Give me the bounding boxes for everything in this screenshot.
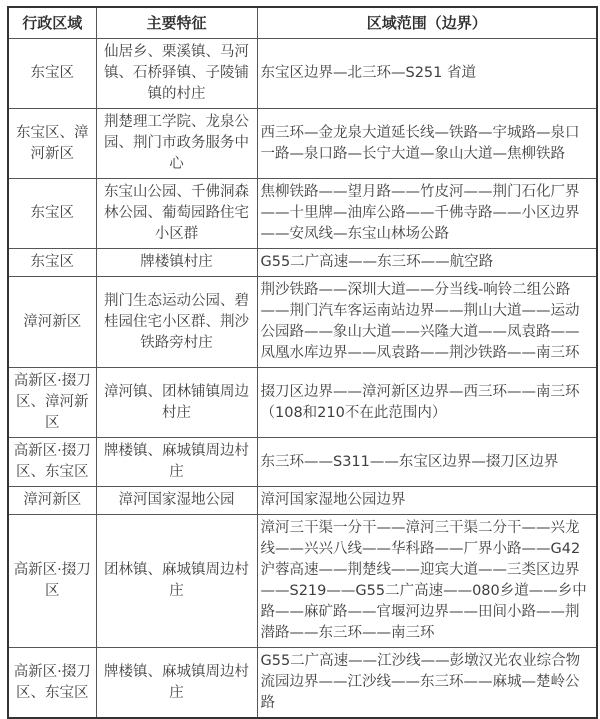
- table-row: 漳河新区 荆门生态运动公园、碧桂园住宅小区群、荆沙铁路旁村庄 荆沙铁路——深圳大…: [8, 277, 597, 368]
- cell-boundary: 荆沙铁路——深圳大道——分当线-响铃二组公路——荆门汽车客运南站边界——荆山大道…: [257, 277, 597, 368]
- header-row: 行政区域 主要特征 区域范围（边界）: [8, 7, 597, 39]
- cell-features: 漳河国家湿地公园: [96, 487, 257, 515]
- table-row: 高新区·掇刀区、东宝区 牌楼镇、麻城镇周边村庄 东三环——S311——东宝区边界…: [8, 438, 597, 487]
- cell-boundary: G55二广高速——东三环——航空路: [257, 249, 597, 277]
- cell-features: 仙居乡、栗溪镇、马河镇、石桥驿镇、子陵铺镇的村庄: [96, 39, 257, 109]
- cell-features: 牌楼镇、麻城镇周边村庄: [96, 648, 257, 719]
- cell-boundary: 东宝区边界—北三环—S251 省道: [257, 39, 597, 109]
- cell-region: 高新区·掇刀区、漳河新区: [8, 368, 96, 438]
- cell-region: 东宝区: [8, 249, 96, 277]
- cell-boundary: 西三环—金龙泉大道延长线—铁路—宇城路—泉口一路—泉口路—长宁大道—象山大道—焦…: [257, 109, 597, 179]
- cell-boundary: 漳河国家湿地公园边界: [257, 487, 597, 515]
- cell-region: 东宝区、漳河新区: [8, 109, 96, 179]
- table-row: 东宝区 牌楼镇村庄 G55二广高速——东三环——航空路: [8, 249, 597, 277]
- cell-boundary: 漳河三干渠一分干——漳河三干渠二分干——兴龙线——兴兴八线——华科路——厂界小路…: [257, 515, 597, 648]
- cell-features: 荆楚理工学院、龙泉公园、荆门市政务服务中心: [96, 109, 257, 179]
- cell-region: 漳河新区: [8, 277, 96, 368]
- cell-boundary: 东三环——S311——东宝区边界—掇刀区边界: [257, 438, 597, 487]
- cell-features: 东宝山公园、千佛洞森林公园、葡萄园路住宅小区群: [96, 179, 257, 249]
- cell-features: 牌楼镇、麻城镇周边村庄: [96, 438, 257, 487]
- cell-region: 高新区·掇刀区: [8, 515, 96, 648]
- table-row: 高新区·掇刀区、漳河新区 漳河镇、团林铺镇周边村庄 掇刀区边界——漳河新区边界—…: [8, 368, 597, 438]
- table-row: 漳河新区 漳河国家湿地公园 漳河国家湿地公园边界: [8, 487, 597, 515]
- table-row: 东宝区 仙居乡、栗溪镇、马河镇、石桥驿镇、子陵铺镇的村庄 东宝区边界—北三环—S…: [8, 39, 597, 109]
- cell-boundary: G55二广高速——江沙线——彭墩汉光农业综合物流园边界——江沙线——东三环——麻…: [257, 648, 597, 719]
- cell-features: 牌楼镇村庄: [96, 249, 257, 277]
- table-row: 东宝区、漳河新区 荆楚理工学院、龙泉公园、荆门市政务服务中心 西三环—金龙泉大道…: [8, 109, 597, 179]
- cell-features: 团林镇、麻城镇周边村庄: [96, 515, 257, 648]
- column-header-features: 主要特征: [96, 7, 257, 39]
- cell-region: 高新区·掇刀区、东宝区: [8, 648, 96, 719]
- district-boundary-table: 行政区域 主要特征 区域范围（边界） 东宝区 仙居乡、栗溪镇、马河镇、石桥驿镇、…: [7, 6, 598, 719]
- cell-features: 荆门生态运动公园、碧桂园住宅小区群、荆沙铁路旁村庄: [96, 277, 257, 368]
- cell-region: 东宝区: [8, 179, 96, 249]
- column-header-boundary: 区域范围（边界）: [257, 7, 597, 39]
- table-row: 高新区·掇刀区、东宝区 牌楼镇、麻城镇周边村庄 G55二广高速——江沙线——彭墩…: [8, 648, 597, 719]
- cell-boundary: 焦柳铁路——望月路——竹皮河——荆门石化厂界——十里牌—油库公路——千佛寺路——…: [257, 179, 597, 249]
- column-header-region: 行政区域: [8, 7, 96, 39]
- cell-region: 漳河新区: [8, 487, 96, 515]
- cell-features: 漳河镇、团林铺镇周边村庄: [96, 368, 257, 438]
- cell-region: 高新区·掇刀区、东宝区: [8, 438, 96, 487]
- table-row: 东宝区 东宝山公园、千佛洞森林公园、葡萄园路住宅小区群 焦柳铁路——望月路——竹…: [8, 179, 597, 249]
- cell-boundary: 掇刀区边界——漳河新区边界—西三环——南三环（108和210不在此范围内）: [257, 368, 597, 438]
- cell-region: 东宝区: [8, 39, 96, 109]
- table-row: 高新区·掇刀区 团林镇、麻城镇周边村庄 漳河三干渠一分干——漳河三干渠二分干——…: [8, 515, 597, 648]
